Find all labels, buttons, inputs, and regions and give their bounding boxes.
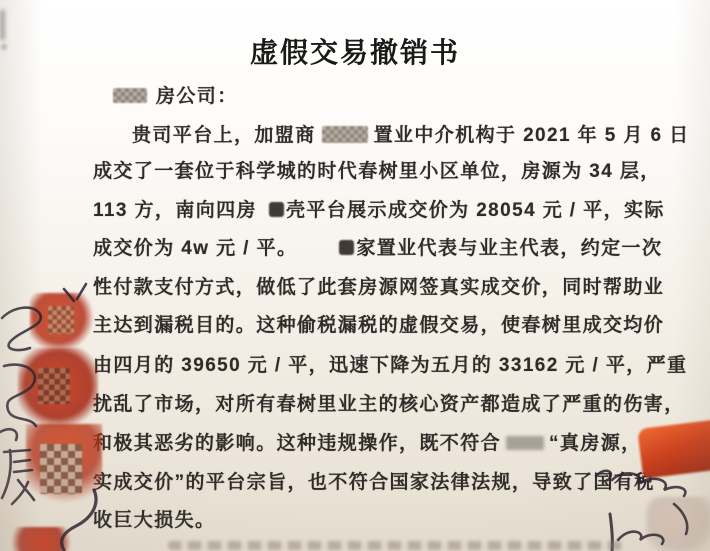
line-text: 113 方，南向四房 [93,200,257,221]
document-body: 虚假交易撤销书 房公司： 贵司平台上，加盟商置业中介机构于 2021 年 5 月… [0,0,710,551]
redaction-blur [269,202,284,217]
line-text: 和极其恶劣的影响。这种违规操作，既不符合 [93,433,501,454]
redaction-blur [322,126,368,143]
line-text: 实成交价”的平台宗旨，也不符合国家法律法规，导致了国有税 [93,472,655,493]
body-line: 性付款支付方式，做低了此套房源网签真实成交价，同时帮助业 [93,276,664,299]
line-text: 壳平台展示成交价为 28054 元 / 平，实际 [286,200,665,221]
line-text: 扰乱了市场，对所有春树里业主的核心资产都造成了严重的伤害， [93,394,685,415]
line-text: 主达到漏税目的。这种偷税漏税的虚假交易，使春树里成交均价 [93,315,664,336]
line-text: 家置业代表与业主代表，约定一次 [356,238,662,259]
redaction-mosaic [48,306,74,334]
body-line: 收巨大损失。 [93,509,215,532]
document-photo: { "doc": { "title": "虚假交易撤销书", "salutati… [0,0,710,551]
line-text: 贵司平台上，加盟商 [132,125,316,146]
redaction-blur [506,436,544,450]
body-line: 由四月的 39650 元 / 平，迅速下降为五月的 33162 元 / 平，严重 [93,354,687,377]
salutation-line: 房公司： [113,85,238,108]
line-text: 置业中介机构于 2021 年 5 月 6 日 [374,125,690,146]
document-title: 虚假交易撤销书 [0,31,710,71]
body-line: 成交价为 4w 元 / 平。家置业代表与业主代表，约定一次 [93,237,662,260]
body-line: 和极其恶劣的影响。这种违规操作，既不符合“真房源，真 [93,432,662,455]
line-text: 成交价为 4w 元 / 平。 [93,238,297,259]
line-text: 收巨大损失。 [93,510,215,531]
body-line: 贵司平台上，加盟商置业中介机构于 2021 年 5 月 6 日 [132,124,689,147]
line-text: 性付款支付方式，做低了此套房源网签真实成交价，同时帮助业 [93,277,664,298]
salutation-text: 房公司： [156,86,238,107]
line-text: “真房源，真 [549,433,662,454]
edge-smudge [0,10,5,40]
body-line: 113 方，南向四房壳平台展示成交价为 28054 元 / 平，实际 [93,199,665,222]
edge-dot [1,44,7,50]
body-line: 实成交价”的平台宗旨，也不符合国家法律法规，导致了国有税 [93,471,655,494]
body-line: 主达到漏税目的。这种偷税漏税的虚假交易，使春树里成交均价 [93,314,664,337]
line-text: 成交了一套位于科学城的时代春树里小区单位，房源为 34 层， [93,161,661,182]
redaction-blur [339,240,354,255]
redaction-blur [113,88,147,103]
body-line: 扰乱了市场，对所有春树里业主的核心资产都造成了严重的伤害， [93,393,685,416]
redaction-mosaic [38,368,70,404]
cropped-faded-text-line [168,541,624,550]
body-line: 成交了一套位于科学城的时代春树里小区单位，房源为 34 层， [93,160,661,183]
line-text: 由四月的 39650 元 / 平，迅速下降为五月的 33162 元 / 平，严重 [93,355,687,376]
redaction-mosaic [40,444,82,494]
